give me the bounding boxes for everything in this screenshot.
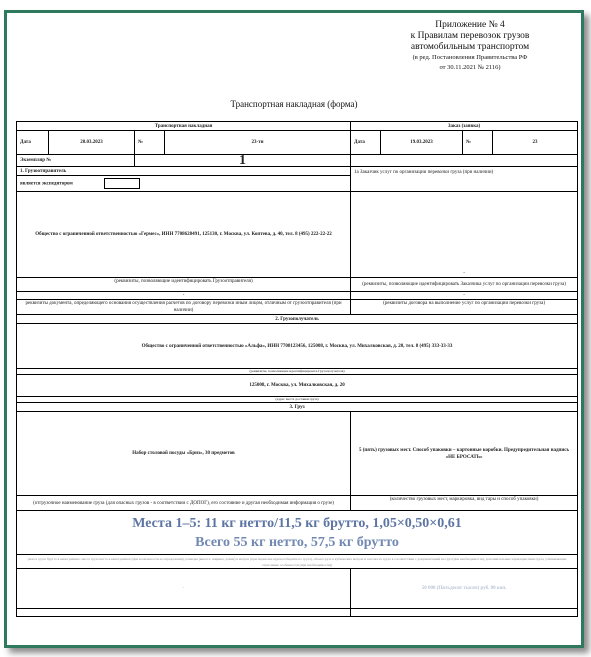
waybill-form: Транспортная накладная Заказ (заявка) Да…: [16, 121, 578, 617]
order-number: 23: [493, 131, 578, 155]
settlement-caption: реквизиты документа, определяющего основ…: [17, 300, 351, 315]
cargo-weight-caption: (масса груза брутто в килограммах, масса…: [17, 555, 578, 569]
shipper-details: Общество с ограниченной ответственностью…: [17, 192, 351, 278]
appendix-line: автомобильным транспортом: [385, 42, 555, 53]
appendix-note: Приложение № 4 к Правилам перевозок груз…: [385, 20, 555, 73]
cargo-weight-line2: Всего 55 кг нетто, 57,5 кг брутто: [20, 533, 574, 552]
appendix-line: к Правилам перевозок грузов: [385, 31, 555, 42]
shipper-details-caption: (реквизиты, позволяющие идентифицировать…: [17, 278, 351, 292]
appendix-line: от 30.11.2021 № 2116): [385, 63, 555, 73]
waybill-number-label: №: [135, 131, 165, 155]
cargo-packaging-caption: (количество грузовых мест, маркировка, в…: [351, 496, 578, 511]
customer-contract-caption: (реквизиты договора на выполнение услуг …: [351, 300, 578, 315]
waybill-number: 23-тн: [165, 131, 351, 155]
cargo-weight-line1: Места 1–5: 11 кг нетто/11,5 кг брутто, 1…: [20, 514, 574, 533]
consignee-section-label: 2. Грузополучатель: [17, 315, 578, 324]
copy-label: Экземпляр №: [17, 155, 135, 167]
order-number-label: №: [463, 131, 493, 155]
cargo-name-caption: (отгрузочное наименование груза (для опа…: [17, 496, 351, 511]
order-date-label: Дата: [351, 131, 381, 155]
settlement-value: -: [17, 292, 351, 300]
cargo-packaging: 5 (пять) грузовых мест. Способ упаковки …: [351, 412, 578, 496]
document-title: Транспортная накладная (форма): [7, 99, 581, 109]
cargo-value-left: -: [17, 569, 351, 609]
order-header: Заказ (заявка): [351, 122, 578, 131]
cargo-section-label: 3. Груз: [17, 403, 578, 412]
empty-cell: [17, 609, 351, 617]
cargo-declared-value: 50 000 (Пятьдесят тысяч) руб. 00 коп.: [351, 569, 578, 609]
expeditor-checkbox[interactable]: [104, 178, 140, 189]
cargo-name: Набор столовой посуды «Бриз», 30 предмет…: [17, 412, 351, 496]
empty-cell: [351, 155, 578, 167]
expeditor-label: является экспедитором: [20, 182, 73, 187]
customer-contract-value: -: [351, 292, 578, 300]
waybill-header: Транспортная накладная: [17, 122, 351, 131]
order-date: 19.03.2023: [381, 131, 463, 155]
customer-section-label: 1а Заказчик услуг по организации перевоз…: [351, 167, 578, 192]
waybill-date: 20.03.2023: [49, 131, 135, 155]
consignee-details: Общество с ограниченной ответственностью…: [17, 324, 578, 369]
empty-cell: [351, 609, 578, 617]
cargo-weight: Места 1–5: 11 кг нетто/11,5 кг брутто, 1…: [17, 511, 578, 555]
appendix-line: (в ред. Постановления Правительства РФ: [385, 53, 555, 63]
document-frame: Приложение № 4 к Правилам перевозок груз…: [4, 10, 584, 648]
customer-details: -: [351, 192, 578, 278]
waybill-date-label: Дата: [17, 131, 49, 155]
customer-details-caption: (реквизиты, позволяющие идентифицировать…: [351, 278, 578, 292]
expeditor-row: является экспедитором: [17, 176, 351, 192]
delivery-address: 125008, г. Москва, ул. Михалковская, д. …: [17, 375, 578, 397]
appendix-line: Приложение № 4: [385, 20, 555, 31]
copy-number: 1: [135, 155, 351, 167]
shipper-section-label: 1. Грузоотправитель: [17, 167, 351, 176]
